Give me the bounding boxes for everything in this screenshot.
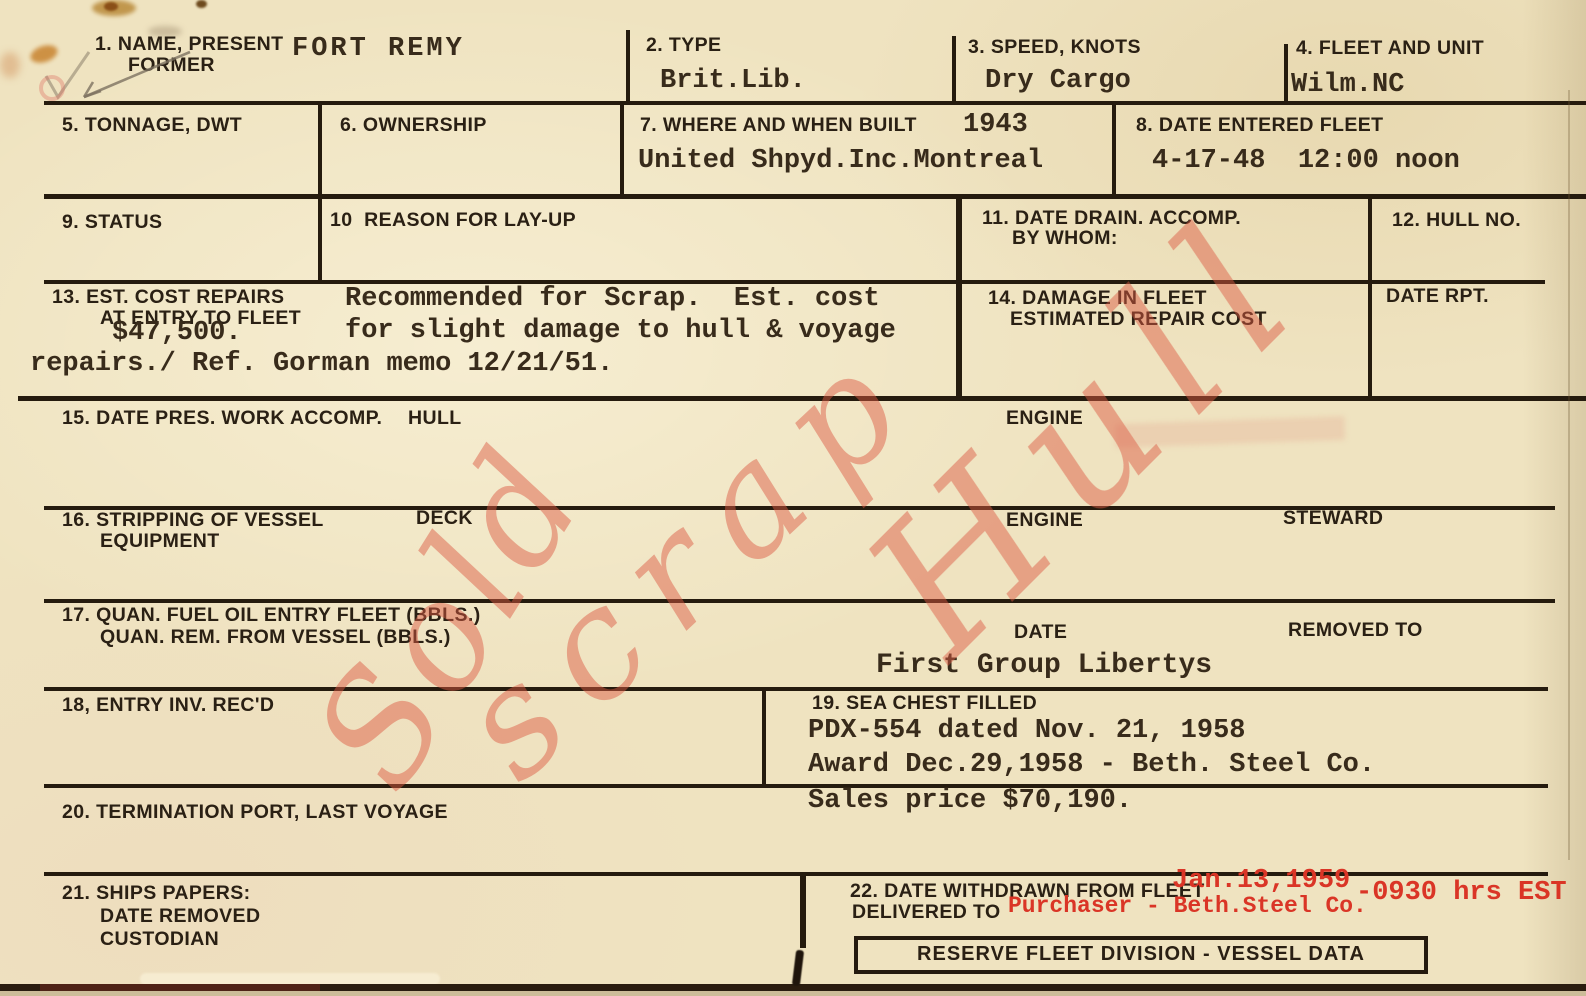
grid-line (956, 197, 962, 398)
field1-label2: FORMER (128, 55, 215, 76)
field17-label2: QUAN. REM. FROM VESSEL (BBLS.) (100, 627, 451, 648)
underlying-card (0, 991, 1586, 996)
field13-note2: for slight damage to hull & voyage (345, 316, 896, 346)
field8-label: 8. DATE ENTERED FLEET (1136, 115, 1383, 136)
field16-label: 16. STRIPPING OF VESSEL (62, 510, 324, 531)
grid-line (18, 396, 1586, 401)
field19-line3: Sales price $70,190. (808, 786, 1132, 816)
field4-label: 4. FLEET AND UNIT (1296, 38, 1484, 59)
field7-year: 1943 (963, 110, 1028, 140)
grid-line (1112, 101, 1116, 197)
field7-label: 7. WHERE AND WHEN BUILT (640, 115, 917, 136)
field21-label2: DATE REMOVED (100, 906, 260, 927)
vessel-data-card: 1. NAME, PRESENT FORMER FORT REMY 2. TYP… (0, 0, 1586, 996)
grid-line (626, 30, 630, 103)
field3-label: 3. SPEED, KNOTS (968, 37, 1141, 58)
field21-label: 21. SHIPS PAPERS: (62, 883, 251, 904)
field21-label3: CUSTODIAN (100, 929, 219, 950)
field12-label: 12. HULL NO. (1392, 210, 1521, 231)
field13-amount: $47,500. (112, 318, 242, 348)
rust-stain (92, 0, 136, 16)
field18-label: 18, ENTRY INV. REC'D (62, 695, 274, 716)
rust-stain (28, 42, 60, 66)
field16-label2: EQUIPMENT (100, 531, 220, 552)
field20-label: 20. TERMINATION PORT, LAST VOYAGE (62, 802, 448, 823)
field16-deck-label: DECK (416, 508, 473, 529)
field15-engine-label: ENGINE (1006, 408, 1083, 429)
field13-label: 13. EST. COST REPAIRS (52, 287, 284, 308)
field1-label: 1. NAME, PRESENT (95, 34, 283, 55)
field17-removed-to-label: REMOVED TO (1288, 620, 1423, 641)
field2-value: Brit.Lib. (660, 66, 806, 96)
field14-label2: ESTIMATED REPAIR COST (1010, 309, 1267, 330)
faded-pencil-smudge (1115, 416, 1346, 448)
field2-label: 2. TYPE (646, 35, 721, 56)
grid-line (318, 101, 322, 197)
field16-steward-label: STEWARD (1283, 508, 1383, 529)
grid-line (1368, 197, 1372, 398)
field7-value: United Shpyd.Inc.Montreal (638, 146, 1043, 176)
reserve-fleet-division-title: RESERVE FLEET DIVISION - VESSEL DATA (858, 943, 1424, 966)
grid-line (44, 101, 1586, 105)
field11-label2: BY WHOM: (1012, 228, 1118, 249)
field22-time-red: -0930 hrs EST (1356, 878, 1567, 908)
field19-line2: Award Dec.29,1958 - Beth. Steel Co. (808, 750, 1375, 780)
field5-label: 5. TONNAGE, DWT (62, 115, 242, 136)
field17-date-label: DATE (1014, 622, 1067, 643)
rust-stain (196, 0, 207, 8)
ink-blot (792, 950, 804, 987)
rust-stain (0, 52, 20, 78)
rust-stain (104, 2, 118, 11)
card-bottom-edge-tint (40, 984, 320, 991)
field6-label: 6. OWNERSHIP (340, 115, 487, 136)
field22-label2: DELIVERED TO (852, 902, 1001, 923)
handwriting-word-hull: Hull (823, 171, 1350, 698)
field8-value: 4-17-48 12:00 noon (1152, 146, 1460, 176)
grid-line (620, 101, 624, 197)
grid-line (800, 874, 806, 948)
grid-line (44, 194, 1586, 199)
grid-line (318, 197, 322, 282)
grid-line (44, 599, 1555, 603)
field3-value: Dry Cargo (985, 66, 1131, 96)
field16-engine-label: ENGINE (1006, 510, 1083, 531)
field15-label: 15. DATE PRES. WORK ACCOMP. (62, 408, 382, 429)
card-edge (1568, 90, 1570, 860)
field9-label: 9. STATUS (62, 212, 162, 233)
field14-label: 14. DAMAGE IN FLEET (988, 288, 1207, 309)
field11-label: 11. DATE DRAIN. ACCOMP. (982, 208, 1241, 229)
field13-note3: repairs./ Ref. Gorman memo 12/21/51. (30, 349, 613, 379)
grid-line (44, 687, 1548, 691)
grid-line (952, 36, 956, 103)
field19-line1: PDX-554 dated Nov. 21, 1958 (808, 716, 1245, 746)
field19-label: 19. SEA CHEST FILLED (812, 693, 1037, 714)
field15-hull-label: HULL (408, 408, 462, 429)
field14-date-rpt-label: DATE RPT. (1386, 286, 1489, 307)
grid-line (762, 687, 766, 786)
grid-line (44, 784, 1548, 788)
grid-line (1284, 44, 1288, 103)
field10-label: 10 REASON FOR LAY-UP (330, 210, 576, 231)
reserve-fleet-division-box: RESERVE FLEET DIVISION - VESSEL DATA (854, 936, 1428, 974)
field13-note1: Recommended for Scrap. Est. cost (345, 284, 880, 314)
field17-value: First Group Libertys (876, 650, 1212, 681)
field1-value: FORT REMY (292, 34, 465, 64)
field4-value: Wilm.NC (1291, 70, 1404, 100)
field22-date-red: Jan.13,1959 (1172, 866, 1350, 896)
field22-delivered-red: Purchaser - Beth.Steel Co. (1008, 893, 1367, 919)
field17-label: 17. QUAN. FUEL OIL ENTRY FLEET (BBLS.) (62, 605, 481, 626)
